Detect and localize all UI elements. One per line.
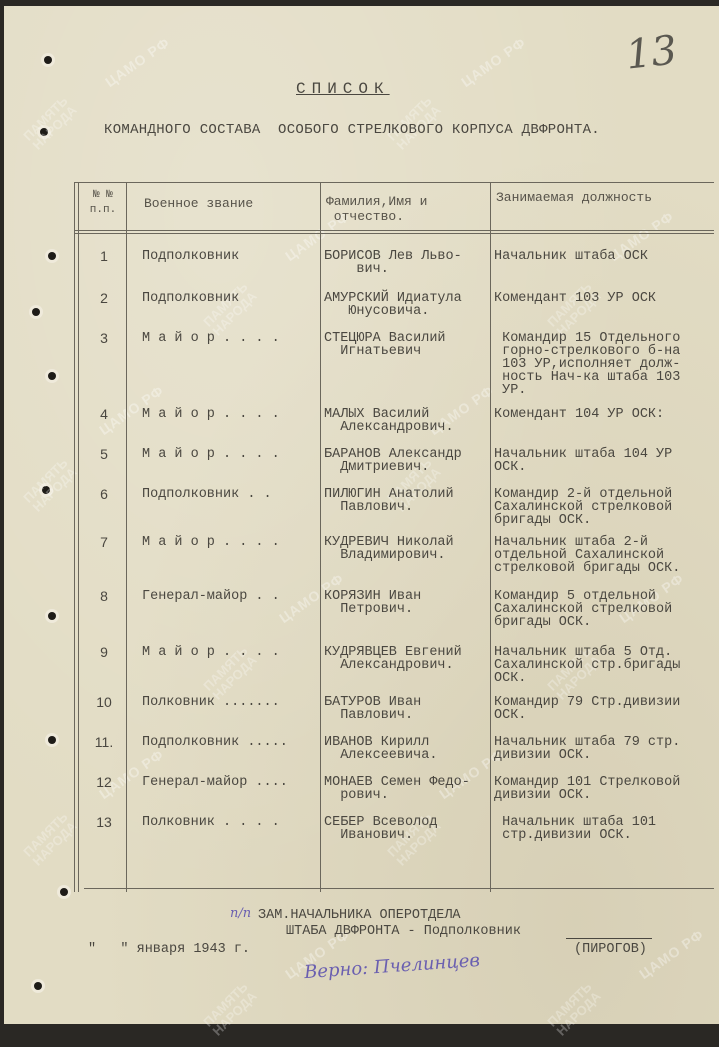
row-number: 5 <box>84 448 124 461</box>
row-position: Комендант 104 УР ОСК: <box>494 408 714 421</box>
row-rank: М а й о р . . . . <box>142 408 320 421</box>
signature-line <box>566 938 652 939</box>
row-rank: М а й о р . . . . <box>142 448 320 461</box>
row-name: АМУРСКИЙ Идиатула Юнусовича. <box>324 292 494 318</box>
row-number: 6 <box>84 488 124 501</box>
header-number: № № п.п. <box>82 188 124 218</box>
row-position: Командир 101 Стрелковой дивизии ОСК. <box>494 776 714 802</box>
signer-title-line2: ШТАБА ДВФРОНТА - Подполковник <box>286 924 521 939</box>
header-position: Занимаемая должность <box>496 190 652 205</box>
row-rank: Генерал-майор . . <box>142 590 320 603</box>
row-number: 10 <box>84 696 124 709</box>
row-position: Командир 2-й отдельной Сахалинской стрел… <box>494 488 714 527</box>
personnel-table: № № п.п. Военное звание Фамилия,Имя и от… <box>74 182 714 892</box>
row-rank: Подполковник ..... <box>142 736 320 749</box>
row-rank: Полковник ....... <box>142 696 320 709</box>
watermark-pamyat: ПАМЯТЬ НАРОДА <box>193 972 268 1024</box>
document-title: СПИСОК <box>296 80 390 98</box>
row-number: 4 <box>84 408 124 421</box>
initials-mark: п/п <box>230 906 251 921</box>
row-name: МАЛЫХ Василий Александрович. <box>324 408 494 434</box>
row-position: Начальник штаба 5 Отд. Сахалинской стр.б… <box>494 646 714 685</box>
row-rank: М а й о р . . . . <box>142 646 320 659</box>
row-number: 7 <box>84 536 124 549</box>
row-name: КУДРЕВИЧ Николай Владимирович. <box>324 536 494 562</box>
row-position: Командир 5 отдельной Сахалинской стрелко… <box>494 590 714 629</box>
row-number: 3 <box>84 332 124 345</box>
row-name: МОНАЕВ Семен Федо- рович. <box>324 776 494 802</box>
row-name: СЕБЕР Всеволод Иванович. <box>324 816 494 842</box>
row-rank: Подполковник <box>142 250 320 263</box>
row-name: БОРИСОВ Лев Льво- вич. <box>324 250 494 276</box>
row-position: Начальник штаба 101 стр.дивизии ОСК. <box>494 816 714 842</box>
row-number: 2 <box>84 292 124 305</box>
row-name: БАТУРОВ Иван Павлович. <box>324 696 494 722</box>
row-name: ПИЛЮГИН Анатолий Павлович. <box>324 488 494 514</box>
row-name: БАРАНОВ Александр Дмитриевич. <box>324 448 494 474</box>
watermark-pamyat: ПАМЯТЬ НАРОДА <box>537 972 612 1024</box>
document-date: " " января 1943 г. <box>88 942 250 957</box>
row-number: 13 <box>84 816 124 829</box>
row-position: Начальник штаба 104 УР ОСК. <box>494 448 714 474</box>
header-name: Фамилия,Имя и отчество. <box>326 194 427 224</box>
row-rank: Полковник . . . . <box>142 816 320 829</box>
row-number: 1 <box>84 250 124 263</box>
row-name: СТЕЦЮРА Василий Игнатьевич <box>324 332 494 358</box>
document-subtitle: КОМАНДНОГО СОСТАВА ОСОБОГО СТРЕЛКОВОГО К… <box>104 122 600 138</box>
row-rank: Подполковник <box>142 292 320 305</box>
watermark-pamyat: ПАМЯТЬ НАРОДА <box>13 86 88 161</box>
row-name: ИВАНОВ Кирилл Алексеевича. <box>324 736 494 762</box>
row-position: Командир 15 Отдельного горно-стрелкового… <box>494 332 714 397</box>
row-rank: М а й о р . . . . <box>142 332 320 345</box>
row-number: 9 <box>84 646 124 659</box>
watermark-tsamo: ЦАМО РФ <box>458 34 529 90</box>
row-rank: Подполковник . . <box>142 488 320 501</box>
signer-title-line1: ЗАМ.НАЧАЛЬНИКА ОПЕРОТДЕЛА <box>258 908 461 923</box>
header-rank: Военное звание <box>144 196 253 211</box>
row-rank: Генерал-майор .... <box>142 776 320 789</box>
verified-signature: Верно: Пчелинцев <box>303 950 480 983</box>
watermark-tsamo: ЦАМО РФ <box>102 34 173 90</box>
row-rank: М а й о р . . . . <box>142 536 320 549</box>
row-position: Командир 79 Стр.дивизии ОСК. <box>494 696 714 722</box>
row-number: 12 <box>84 776 124 789</box>
row-position: Начальник штаба 2-й отдельной Сахалинско… <box>494 536 714 575</box>
row-name: КУДРЯВЦЕВ Евгений Александрович. <box>324 646 494 672</box>
row-number: 8 <box>84 590 124 603</box>
row-name: КОРЯЗИН Иван Петрович. <box>324 590 494 616</box>
document-page: ЦАМО РФ ЦАМО РФ ЦАМО РФ ЦАМО РФ ЦАМО РФ … <box>4 6 719 1024</box>
row-position: Комендант 103 УР ОСК <box>494 292 714 305</box>
row-position: Начальник штаба 79 стр. дивизии ОСК. <box>494 736 714 762</box>
row-number: 11. <box>84 736 124 749</box>
row-position: Начальник штаба ОСК <box>494 250 714 263</box>
page-number: 13 <box>624 27 679 78</box>
signer-name: (ПИРОГОВ) <box>574 942 647 957</box>
